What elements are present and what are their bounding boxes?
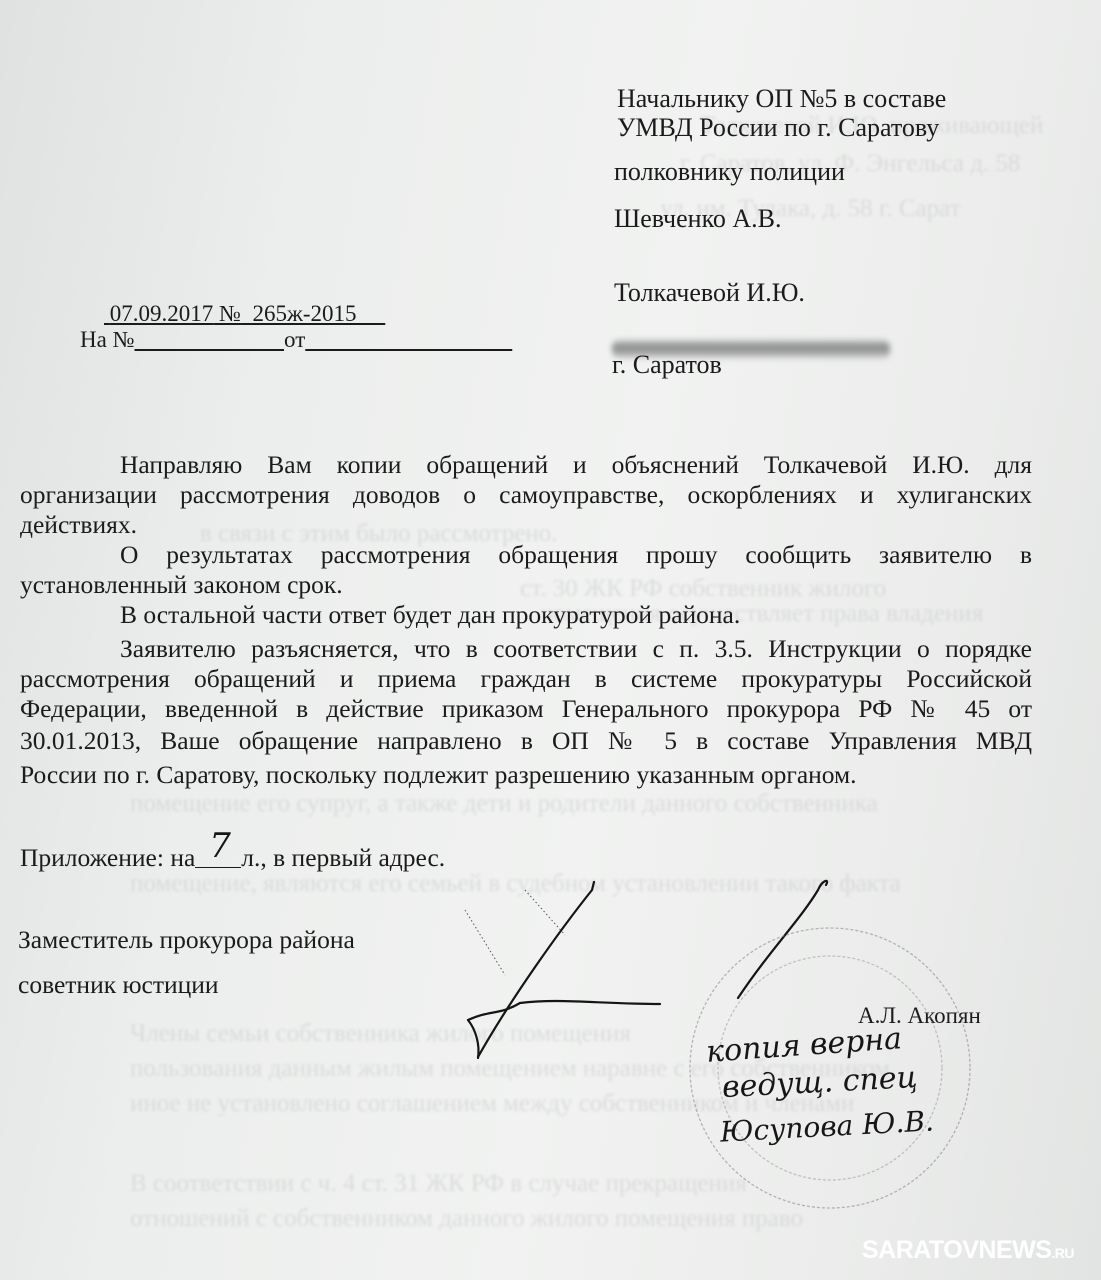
saratovnews-watermark: SARATOVNEWS.RU xyxy=(862,1236,1074,1265)
watermark-tld: .RU xyxy=(1051,1245,1074,1261)
signature-and-stamp-graphics xyxy=(0,0,1101,1280)
watermark-brand: SARATOVNEWS xyxy=(862,1236,1051,1264)
document-page: Толкачевой И.Ю. проживающей г. Саратов, … xyxy=(0,0,1101,1280)
dotted-marks xyxy=(465,890,565,975)
